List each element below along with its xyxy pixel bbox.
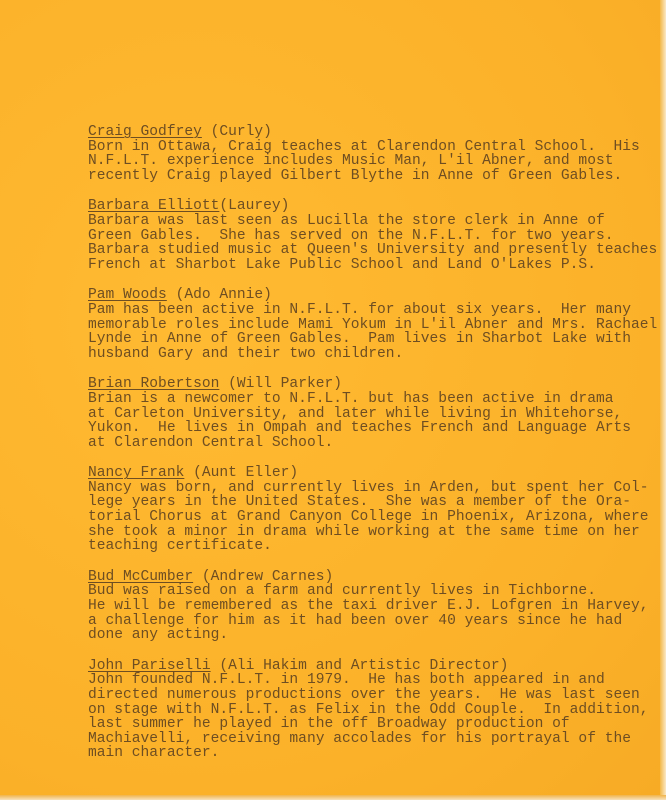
- bio-line: John founded N.F.L.T. in 1979. He has bo…: [88, 673, 666, 688]
- bio-heading: Nancy Frank (Aunt Eller): [88, 466, 666, 481]
- bio-line: on stage with N.F.L.T. as Felix in the O…: [88, 703, 666, 718]
- bio-entry: Craig Godfrey (Curly) Born in Ottawa, Cr…: [88, 125, 666, 183]
- bio-line: Pam has been active in N.F.L.T. for abou…: [88, 303, 666, 318]
- bio-line: done any acting.: [88, 628, 666, 643]
- bio-entry: Nancy Frank (Aunt Eller) Nancy was born,…: [88, 466, 666, 554]
- cast-role: (Ado Annie): [167, 287, 272, 303]
- bio-line: French at Sharbot Lake Public School and…: [88, 258, 666, 273]
- bio-line: recently Craig played Gilbert Blythe in …: [88, 169, 666, 184]
- cast-name: John Pariselli: [88, 658, 211, 674]
- bio-line: Green Gables. She has served on the N.F.…: [88, 229, 666, 244]
- cast-role: (Aunt Eller): [184, 465, 298, 481]
- bio-line: Machiavelli, receiving many accolades fo…: [88, 732, 666, 747]
- cast-role: (Will Parker): [219, 376, 342, 392]
- bio-entry: Bud McCumber (Andrew Carnes) Bud was rai…: [88, 570, 666, 643]
- bio-heading: Brian Robertson (Will Parker): [88, 377, 666, 392]
- cast-name: Pam Woods: [88, 287, 167, 303]
- cast-role: (Andrew Carnes): [193, 569, 333, 585]
- bio-heading: Bud McCumber (Andrew Carnes): [88, 570, 666, 585]
- bio-line: last summer he played in the off Broadwa…: [88, 717, 666, 732]
- bio-line: Nancy was born, and currently lives in A…: [88, 481, 666, 496]
- bio-entry: Barbara Elliott(Laurey) Barbara was last…: [88, 199, 666, 272]
- paper-edge-bottom: [0, 795, 666, 800]
- bio-line: husband Gary and their two children.: [88, 347, 666, 362]
- bio-line: Brian is a newcomer to N.F.L.T. but has …: [88, 392, 666, 407]
- bio-line: lege years in the United States. She was…: [88, 495, 666, 510]
- bio-line: torial Chorus at Grand Canyon College in…: [88, 510, 666, 525]
- bio-heading: Barbara Elliott(Laurey): [88, 199, 666, 214]
- cast-bios: Craig Godfrey (Curly) Born in Ottawa, Cr…: [88, 125, 666, 777]
- bio-line: Bud was raised on a farm and currently l…: [88, 584, 666, 599]
- bio-line: memorable roles include Mami Yokum in L'…: [88, 318, 666, 333]
- bio-heading: Pam Woods (Ado Annie): [88, 288, 666, 303]
- cast-name: Brian Robertson: [88, 376, 219, 392]
- cast-role: (Laurey): [219, 198, 289, 214]
- bio-line: she took a minor in drama while working …: [88, 525, 666, 540]
- bio-line: main character.: [88, 746, 666, 761]
- bio-line: N.F.L.T. experience includes Music Man, …: [88, 154, 666, 169]
- bio-heading: John Pariselli (Ali Hakim and Artistic D…: [88, 659, 666, 674]
- bio-entry: John Pariselli (Ali Hakim and Artistic D…: [88, 659, 666, 761]
- bio-line: He will be remembered as the taxi driver…: [88, 599, 666, 614]
- cast-role: (Ali Hakim and Artistic Director): [211, 658, 509, 674]
- bio-line: directed numerous productions over the y…: [88, 688, 666, 703]
- cast-name: Barbara Elliott: [88, 198, 219, 214]
- bio-line: Lynde in Anne of Green Gables. Pam lives…: [88, 332, 666, 347]
- bio-line: Barbara studied music at Queen's Univers…: [88, 243, 666, 258]
- bio-line: Barbara was last seen as Lucilla the sto…: [88, 214, 666, 229]
- bio-line: teaching certificate.: [88, 539, 666, 554]
- bio-entry: Pam Woods (Ado Annie) Pam has been activ…: [88, 288, 666, 361]
- cast-role: (Curly): [202, 124, 272, 140]
- bio-line: a challenge for him as it had been over …: [88, 614, 666, 629]
- cast-name: Bud McCumber: [88, 569, 193, 585]
- cast-name: Craig Godfrey: [88, 124, 202, 140]
- bio-line: Yukon. He lives in Ompah and teaches Fre…: [88, 421, 666, 436]
- bio-line: at Clarendon Central School.: [88, 436, 666, 451]
- cast-name: Nancy Frank: [88, 465, 184, 481]
- bio-line: at Carleton University, and later while …: [88, 407, 666, 422]
- bio-line: Born in Ottawa, Craig teaches at Clarend…: [88, 140, 666, 155]
- bio-entry: Brian Robertson (Will Parker) Brian is a…: [88, 377, 666, 450]
- bio-heading: Craig Godfrey (Curly): [88, 125, 666, 140]
